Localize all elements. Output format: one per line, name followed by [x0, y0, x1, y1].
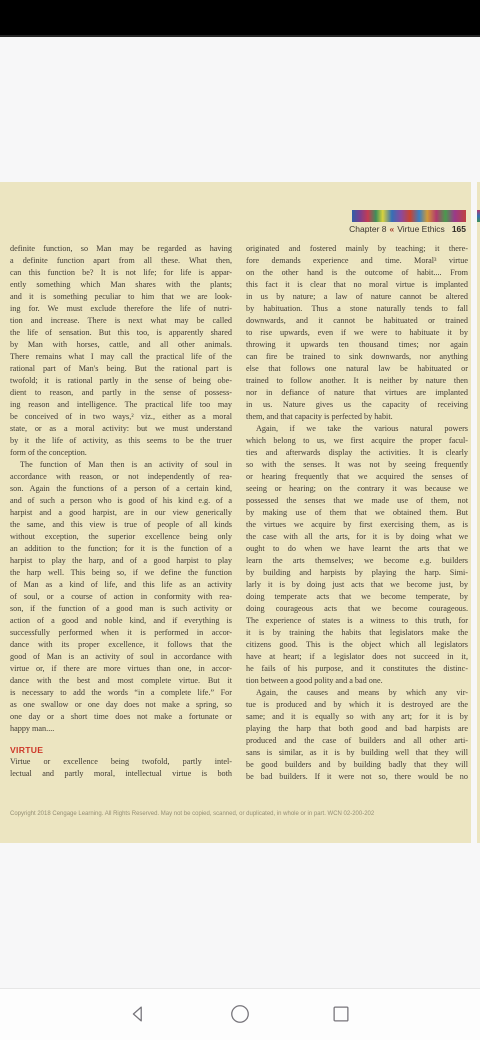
text-line: one day or a short time does not make a …: [10, 711, 232, 723]
text-line: doing courageous acts that we become cou…: [246, 603, 468, 615]
text-line: by making use of them that we obtained t…: [246, 507, 468, 519]
home-circle-icon: [229, 1003, 251, 1025]
text-line: fore demands experience and time. Moral³…: [246, 255, 468, 267]
text-columns: definite function, so Man may be regarde…: [10, 243, 468, 783]
text-line: can this function be? It is not life; fo…: [10, 267, 232, 279]
text-line: originated and fostered mainly by teachi…: [246, 243, 468, 255]
text-line: this fact it is clear that no moral virt…: [246, 279, 468, 291]
android-navigation-bar: [0, 988, 480, 1040]
text-line: seeing or hearing; on the contrary it wa…: [246, 483, 468, 495]
text-line: The experience of states is a witness to…: [246, 615, 468, 627]
text-line: to rise upwards, even if we were to habi…: [246, 327, 468, 339]
text-line: citizens good. This is the object which …: [246, 639, 468, 651]
text-line: virtue or, if there are more virtues tha…: [10, 663, 232, 675]
status-bar: [0, 0, 480, 37]
text-line: ought to do when we have learnt the arts…: [246, 543, 468, 555]
text-line: of soul, or a course of action in confor…: [10, 591, 232, 603]
text-line: can fire be trained to sink downwards, n…: [246, 351, 468, 363]
text-line: nor in defiance of nature that virtues a…: [246, 387, 468, 399]
text-line: is necessary to add the words “in a comp…: [10, 687, 232, 699]
text-line: learn the arts themselves; we become e.g…: [246, 555, 468, 567]
text-line: of Man as a kind of life, and this life …: [10, 579, 232, 591]
text-line: doing temperate acts that we become temp…: [246, 591, 468, 603]
text-line: in us. Nature gives us the capacity of r…: [246, 399, 468, 411]
text-line: larly it is by doing just acts that we b…: [246, 579, 468, 591]
text-line: rational part of Man's being. But the ra…: [10, 363, 232, 375]
text-line: the life of sensation. But this too, is …: [10, 327, 232, 339]
text-line: action of a good and noble kind, and if …: [10, 615, 232, 627]
text-line: by habituation. Thus a stone naturally t…: [246, 303, 468, 315]
recents-square-icon: [330, 1003, 352, 1025]
text-line: happy man....: [10, 723, 232, 735]
text-line: successfully performed when it is perfor…: [10, 627, 232, 639]
text-line: Again, if we take the various natural po…: [246, 423, 468, 435]
text-line: else that follows one natural law be hab…: [246, 363, 468, 375]
text-line: ently something which Man shares with th…: [10, 279, 232, 291]
text-line: and of such a person who is good of his …: [10, 495, 232, 507]
text-line: ing for. We must exclude therefore the l…: [10, 303, 232, 315]
book-title: Virtue Ethics: [397, 224, 445, 234]
text-line: it is by training the habits that legisl…: [246, 627, 468, 639]
text-line: them, and that capacity is perfected by …: [246, 411, 468, 423]
double-chevron-icon: «: [390, 224, 395, 234]
text-line: Virtue or excellence being twofold, part…: [10, 756, 232, 768]
text-line: ing reason and intelligence. The practic…: [10, 399, 232, 411]
text-line: tion and increase. There is next what ma…: [10, 315, 232, 327]
text-line: which belong to us, we first acquire the…: [246, 435, 468, 447]
text-line: The function of Man then is an activity …: [10, 459, 232, 471]
book-page[interactable]: Chapter 8«Virtue Ethics165 definite func…: [0, 182, 471, 843]
text-line: accordance with reason, or not independe…: [10, 471, 232, 483]
text-line: son. Again the functions of a person of …: [10, 483, 232, 495]
home-button[interactable]: [229, 1003, 251, 1025]
section-heading: VIRTUE: [10, 744, 232, 756]
text-line: without exception, the superior excellen…: [10, 531, 232, 543]
column-right: originated and fostered mainly by teachi…: [246, 243, 468, 783]
text-line: by Man with horses, cattle, and all othe…: [10, 339, 232, 351]
text-line: in us by nature; a law of nature cannot …: [246, 291, 468, 303]
recents-button[interactable]: [330, 1003, 352, 1025]
text-line: so with the senses. It was not by seeing…: [246, 459, 468, 471]
text-line: tion between a good polity and a bad one…: [246, 675, 468, 687]
text-line: by it the life of activity, as this seem…: [10, 435, 232, 447]
text-line: be bad builders. If it were not so, ther…: [246, 771, 468, 783]
text-line: dient to reason, and partly in the sense…: [10, 387, 232, 399]
text-line: dance with the best and most complete vi…: [10, 675, 232, 687]
text-line: state, or as a moral activity: but we mu…: [10, 423, 232, 435]
text-line: Again, the causes and means by which any…: [246, 687, 468, 699]
column-left: definite function, so Man may be regarde…: [10, 243, 232, 783]
text-line: he fails of his purpose, and it constitu…: [246, 663, 468, 675]
text-line: tue is produced and by which it is destr…: [246, 699, 468, 711]
text-line: possessed the senses that we made use of…: [246, 495, 468, 507]
text-line: form of the conception.: [10, 447, 232, 459]
text-line: throwing it upwards ten thousand times; …: [246, 339, 468, 351]
text-line: produced and the case of builders and al…: [246, 735, 468, 747]
text-line: downwards, and it cannot be habituated o…: [246, 315, 468, 327]
text-line: or hearing frequently that we acquired t…: [246, 471, 468, 483]
text-line: harpist and a good harpist, are in our v…: [10, 507, 232, 519]
text-line: harpist to play the harp, and of a good …: [10, 555, 232, 567]
text-line: playing the harp that both good and bad …: [246, 723, 468, 735]
decorative-art-strip: [352, 210, 466, 222]
text-line: dance with its proper excellence, it fol…: [10, 639, 232, 651]
text-line: the harp well. This being so, if we defi…: [10, 567, 232, 579]
text-line: an addition to the function; for it is t…: [10, 543, 232, 555]
text-line: ties and afterwards display the activiti…: [246, 447, 468, 459]
text-line: son, if the function of a good man is su…: [10, 603, 232, 615]
text-line: on the other hand is the outcome of habi…: [246, 267, 468, 279]
page-number: 165: [452, 224, 466, 234]
text-line: definite function, so Man may be regarde…: [10, 243, 232, 255]
text-line: be good builders and by building badly t…: [246, 759, 468, 771]
text-line: There remains what I may call the practi…: [10, 351, 232, 363]
copyright-notice: Copyright 2018 Cengage Learning. All Rig…: [10, 810, 460, 818]
chapter-label: Chapter 8: [349, 224, 386, 234]
text-line: be conceived of in two ways,² viz., eith…: [10, 411, 232, 423]
text-line: twofold; it is rational partly in the se…: [10, 375, 232, 387]
back-triangle-icon: [127, 1003, 149, 1025]
text-line: same; and it is equally so with any art;…: [246, 711, 468, 723]
text-line: the virtues we acquire by first exercisi…: [246, 519, 468, 531]
text-line: good of Man is an activity of soul in ac…: [10, 651, 232, 663]
text-line: lectual and partly moral, intellectual v…: [10, 768, 232, 780]
text-line: as one swallow or one day does not make …: [10, 699, 232, 711]
text-line: by building and harpists by playing the …: [246, 567, 468, 579]
text-line: a definite function apart from all these…: [10, 255, 232, 267]
text-line: sans is similar, as it is by building we…: [246, 747, 468, 759]
text-line: trained to follow another. It is neither…: [246, 375, 468, 387]
page-header: Chapter 8«Virtue Ethics165: [349, 224, 466, 234]
text-line: the same, and this view is true of peopl…: [10, 519, 232, 531]
text-line: and it is something peculiar to him that…: [10, 291, 232, 303]
text-line: the case with all the arts, for it is by…: [246, 531, 468, 543]
back-button[interactable]: [127, 1003, 149, 1025]
text-line: have at heart; if a legislator does not …: [246, 651, 468, 663]
